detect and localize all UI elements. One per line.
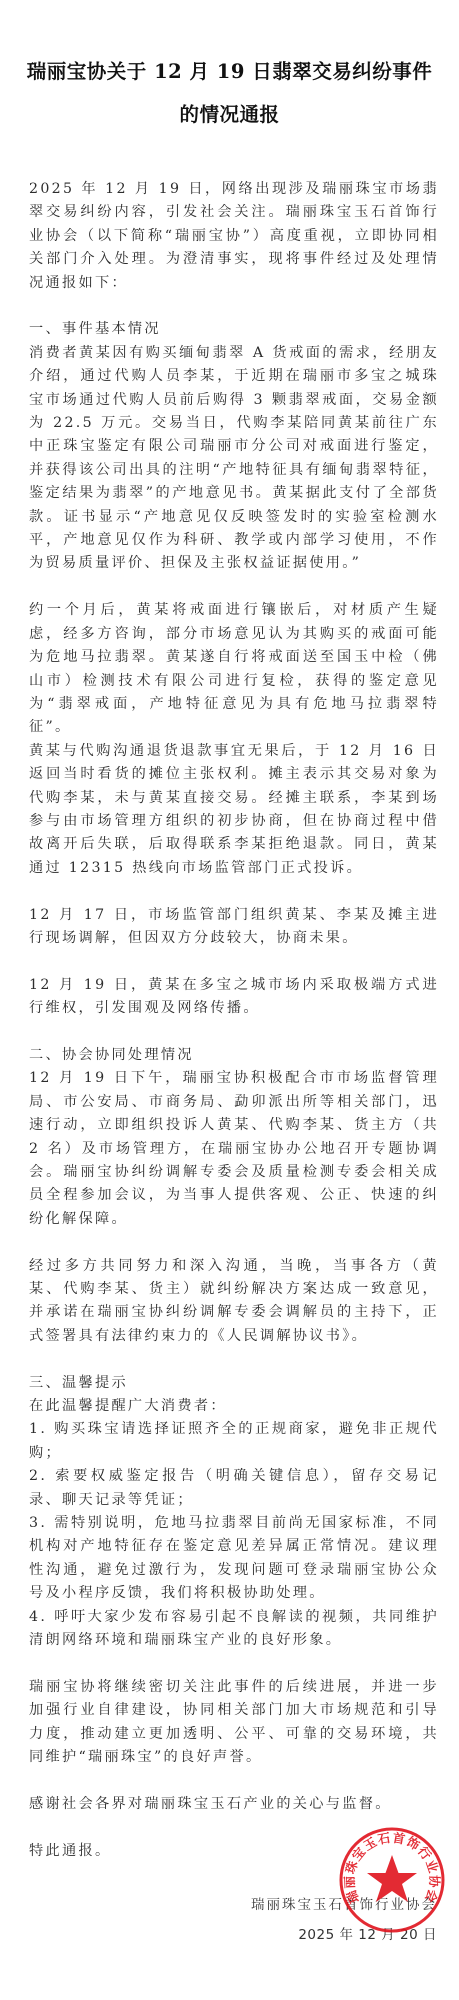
section-1-paragraph: 12 月 17 日，市场监管部门组织黄某、李某及摊主进行现场调解，但因双方分歧较…: [29, 904, 439, 951]
section-1-paragraph: 12 月 19 日，黄某在多宝之城市场内采取极端方式进行维权，引发围观及网络传播…: [29, 974, 439, 1021]
section-3-heading: 三、温馨提示: [29, 1372, 439, 1395]
section-1-paragraph: 消费者黄某因有购买缅甸翡翠 A 货戒面的需求，经朋友介绍，通过代购人员李某，于近…: [29, 342, 439, 576]
document-title-line-2: 的情况通报: [0, 101, 459, 129]
closing-paragraph: 瑞丽宝协将继续密切关注此事件的后续进展，并进一步加强行业自律建设，协同相关部门加…: [29, 1676, 439, 1770]
intro-paragraph: 2025 年 12 月 19 日，网络出现涉及瑞丽珠宝市场翡翠交易纠纷内容，引发…: [29, 178, 439, 295]
document-title-line-1: 瑞丽宝协关于 12 月 19 日翡翠交易纠纷事件: [0, 58, 459, 86]
section-1-heading: 一、事件基本情况: [29, 318, 439, 341]
notice-document: 瑞丽宝协关于 12 月 19 日翡翠交易纠纷事件 的情况通报 2025 年 12…: [0, 0, 459, 2000]
spacer: [29, 1231, 439, 1254]
document-body: 2025 年 12 月 19 日，网络出现涉及瑞丽珠宝市场翡翠交易纠纷内容，引发…: [29, 178, 439, 1863]
section-1-paragraph: 黄某与代购沟通退货退款事宜无果后，于 12 月 16 日返回当时看货的摊位主张权…: [29, 740, 439, 880]
tip-item: 3. 需特别说明，危地马拉翡翠目前尚无国家标准，不同机构对产地特征存在鉴定意见差…: [29, 1512, 439, 1606]
tip-item: 4. 呼吁大家少发布容易引起不良解读的视频，共同维护清朗网络环境和瑞丽珠宝产业的…: [29, 1606, 439, 1653]
thanks-paragraph: 感谢社会各界对瑞丽珠宝玉石产业的关心与监督。: [29, 1793, 439, 1816]
official-seal-icon: 瑞丽珠宝玉石首饰行业协会: [337, 1825, 447, 1935]
star-icon: [367, 1855, 417, 1902]
spacer: [29, 880, 439, 903]
spacer: [29, 1652, 439, 1675]
tip-item: 2. 索要权威鉴定报告（明确关键信息），留存交易记录、聊天记录等凭证；: [29, 1465, 439, 1512]
tip-item: 1. 购买珠宝请选择证照齐全的正规商家，避免非正规代购；: [29, 1418, 439, 1465]
spacer: [29, 1021, 439, 1044]
section-2-heading: 二、协会协同处理情况: [29, 1044, 439, 1067]
section-2-paragraph: 12 月 19 日下午，瑞丽宝协积极配合市市场监督管理局、市公安局、市商务局、勐…: [29, 1067, 439, 1231]
spacer: [29, 950, 439, 973]
section-3-lead: 在此温馨提醒广大消费者：: [29, 1395, 439, 1418]
spacer: [29, 1770, 439, 1793]
spacer: [29, 576, 439, 599]
spacer: [29, 295, 439, 318]
section-1-paragraph: 约一个月后，黄某将戒面进行镶嵌后，对材质产生疑虑，经多方咨询，部分市场意见认为其…: [29, 599, 439, 739]
spacer: [29, 1348, 439, 1371]
section-2-paragraph: 经过多方共同努力和深入沟通，当晚，当事各方（黄某、代购李某、货主）就纠纷解决方案…: [29, 1255, 439, 1349]
